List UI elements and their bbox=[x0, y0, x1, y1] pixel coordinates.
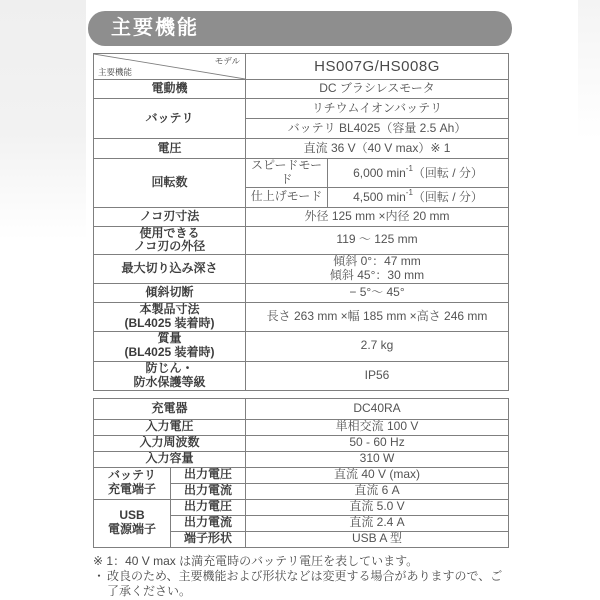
spec-row-battery-type: バッテリ リチウムイオンバッテリ bbox=[94, 99, 509, 119]
label-line2: 防水保護等級 bbox=[133, 375, 205, 389]
row-label: 傾斜切断 bbox=[94, 284, 246, 303]
row-label: バッテリ bbox=[94, 99, 246, 139]
row-value: USB A 型 bbox=[246, 531, 509, 547]
label-line2: (BL4025 装着時) bbox=[124, 345, 214, 359]
charger-row-input-capacity: 入力容量 310 W bbox=[94, 451, 509, 467]
footnote-2-line1: 改良のため、主要機能および形状などは変更する場合がありますので、ご bbox=[107, 569, 502, 583]
spec-row-voltage: 電圧 直流 36 V（40 V max）※ 1 bbox=[94, 139, 509, 159]
row-value: 2.7 kg bbox=[246, 331, 509, 361]
rpm-value: 6,000 min bbox=[353, 166, 406, 180]
footnote-1: ※ 1：40 V max は満充電時のバッテリ電圧を表しています。 bbox=[93, 554, 525, 569]
footnote-2-line2: 了承ください。 bbox=[107, 584, 191, 598]
row-label: 最大切り込み深さ bbox=[94, 255, 246, 284]
spec-row-motor: 電動機 DC ブラシレスモータ bbox=[94, 80, 509, 99]
main-spec-table: モデル 主要機能 HS007G/HS008G 電動機 DC ブラシレスモータ バ… bbox=[93, 53, 509, 391]
row-value: 直流 40 V (max) bbox=[246, 467, 509, 483]
row-value: 119 ～ 125 mm bbox=[246, 226, 509, 255]
row-value: DC40RA bbox=[246, 398, 509, 419]
label-line1: 本製品寸法 bbox=[139, 303, 199, 317]
section-title: 主要機能 bbox=[111, 17, 199, 39]
row-label: 電動機 bbox=[94, 80, 246, 99]
sub-label: 出力電圧 bbox=[171, 467, 246, 483]
row-value: バッテリ BL4025（容量 2.5 Ah） bbox=[246, 119, 509, 139]
corner-label-model: モデル bbox=[215, 55, 240, 67]
label-line2: ノコ刃の外径 bbox=[134, 239, 205, 253]
footnotes: ※ 1：40 V max は満充電時のバッテリ電圧を表しています。 ・ 改良のた… bbox=[93, 554, 525, 599]
label-line2: 充電端子 bbox=[108, 482, 156, 496]
label-line1: 防じん・ bbox=[145, 361, 193, 375]
row-value: 外径 125 mm ×内径 20 mm bbox=[246, 207, 509, 226]
value-line2: 傾斜 45°：30 mm bbox=[330, 268, 424, 282]
label-line1: バッテリ bbox=[108, 468, 156, 482]
sub-label: 端子形状 bbox=[171, 531, 246, 547]
spec-sheet-page: 主要機能 モデル 主要機能 HS007G/HS008G 電動機 DC ブラシレス… bbox=[0, 0, 600, 600]
model-value: HS007G/HS008G bbox=[246, 54, 509, 80]
spec-row-rotation-speed-mode: 回転数 スピードモード 6,000 min-1（回転 / 分） bbox=[94, 159, 509, 188]
charger-row-battery-out-voltage: バッテリ 充電端子 出力電圧 直流 40 V (max) bbox=[94, 467, 509, 483]
mode-name: スピードモード bbox=[246, 159, 328, 188]
label-line1: 質量 bbox=[157, 331, 181, 345]
background-shade-right bbox=[578, 0, 600, 140]
rpm-exponent: -1 bbox=[406, 164, 413, 173]
spec-row-weight: 質量 (BL4025 装着時) 2.7 kg bbox=[94, 331, 509, 361]
corner-label-features: 主要機能 bbox=[98, 66, 132, 78]
sub-label: 出力電圧 bbox=[171, 499, 246, 515]
row-value: − 5°～ 45° bbox=[246, 284, 509, 303]
rpm-unit: （回転 / 分） bbox=[413, 166, 483, 180]
footnote-2: ・ 改良のため、主要機能および形状などは変更する場合がありますので、ご 了承くだ… bbox=[93, 569, 525, 598]
sub-label: 出力電流 bbox=[171, 515, 246, 531]
row-label: 回転数 bbox=[94, 159, 246, 208]
charger-spec-table: 充電器 DC40RA 入力電圧 単相交流 100 V 入力周波数 50 - 60… bbox=[93, 398, 509, 548]
row-value: 直流 5.0 V bbox=[246, 499, 509, 515]
rpm-exponent: -1 bbox=[406, 188, 413, 197]
charger-row-model: 充電器 DC40RA bbox=[94, 398, 509, 419]
sub-label: 出力電流 bbox=[171, 483, 246, 499]
row-value: 長さ 263 mm ×幅 185 mm ×高さ 246 mm bbox=[246, 303, 509, 332]
row-label: 質量 (BL4025 装着時) bbox=[94, 331, 246, 361]
spec-row-protection: 防じん・ 防水保護等級 IP56 bbox=[94, 361, 509, 390]
row-label: USB 電源端子 bbox=[94, 499, 171, 547]
row-value: リチウムイオンバッテリ bbox=[246, 99, 509, 119]
charger-row-usb-out-voltage: USB 電源端子 出力電圧 直流 5.0 V bbox=[94, 499, 509, 515]
row-value: 50 - 60 Hz bbox=[246, 435, 509, 451]
row-value: 直流 36 V（40 V max）※ 1 bbox=[246, 139, 509, 159]
corner-cell: モデル 主要機能 bbox=[94, 54, 246, 80]
table-header-row: モデル 主要機能 HS007G/HS008G bbox=[94, 54, 509, 80]
row-label: 入力容量 bbox=[94, 451, 246, 467]
charger-row-input-frequency: 入力周波数 50 - 60 Hz bbox=[94, 435, 509, 451]
mode-name: 仕上げモード bbox=[246, 187, 328, 207]
row-value: 310 W bbox=[246, 451, 509, 467]
spec-row-usable-blade: 使用できる ノコ刃の外径 119 ～ 125 mm bbox=[94, 226, 509, 255]
footnote-2-text: 改良のため、主要機能および形状などは変更する場合がありますので、ご 了承ください… bbox=[107, 569, 502, 598]
rpm-value: 4,500 min bbox=[353, 190, 406, 204]
spec-row-max-depth: 最大切り込み深さ 傾斜 0°：47 mm 傾斜 45°：30 mm bbox=[94, 255, 509, 284]
label-line2: 電源端子 bbox=[108, 522, 156, 536]
label-line1: 使用できる bbox=[139, 226, 199, 240]
row-label: 本製品寸法 (BL4025 装着時) bbox=[94, 303, 246, 332]
row-label: 防じん・ 防水保護等級 bbox=[94, 361, 246, 390]
background-shade-left bbox=[0, 0, 86, 240]
row-value: 4,500 min-1（回転 / 分） bbox=[328, 187, 509, 207]
charger-row-input-voltage: 入力電圧 単相交流 100 V bbox=[94, 419, 509, 435]
row-label: ノコ刃寸法 bbox=[94, 207, 246, 226]
row-label: バッテリ 充電端子 bbox=[94, 467, 171, 499]
row-label: 電圧 bbox=[94, 139, 246, 159]
value-line1: 傾斜 0°：47 mm bbox=[333, 255, 420, 269]
row-value: DC ブラシレスモータ bbox=[246, 80, 509, 99]
row-value: 傾斜 0°：47 mm 傾斜 45°：30 mm bbox=[246, 255, 509, 284]
row-value: IP56 bbox=[246, 361, 509, 390]
row-label: 充電器 bbox=[94, 398, 246, 419]
row-label: 入力電圧 bbox=[94, 419, 246, 435]
row-value: 直流 2.4 A bbox=[246, 515, 509, 531]
row-value: 単相交流 100 V bbox=[246, 419, 509, 435]
label-line2: (BL4025 装着時) bbox=[124, 316, 214, 330]
row-label: 使用できる ノコ刃の外径 bbox=[94, 226, 246, 255]
row-label: 入力周波数 bbox=[94, 435, 246, 451]
row-value: 直流 6 A bbox=[246, 483, 509, 499]
spec-row-blade-size: ノコ刃寸法 外径 125 mm ×内径 20 mm bbox=[94, 207, 509, 226]
footnote-2-bullet: ・ bbox=[93, 569, 107, 598]
label-line1: USB bbox=[119, 508, 144, 522]
row-value: 6,000 min-1（回転 / 分） bbox=[328, 159, 509, 188]
rpm-unit: （回転 / 分） bbox=[413, 190, 483, 204]
spec-row-dimensions: 本製品寸法 (BL4025 装着時) 長さ 263 mm ×幅 185 mm ×… bbox=[94, 303, 509, 332]
spec-row-bevel: 傾斜切断 − 5°～ 45° bbox=[94, 284, 509, 303]
section-title-pill: 主要機能 bbox=[88, 11, 512, 46]
spec-content: モデル 主要機能 HS007G/HS008G 電動機 DC ブラシレスモータ バ… bbox=[93, 53, 508, 600]
